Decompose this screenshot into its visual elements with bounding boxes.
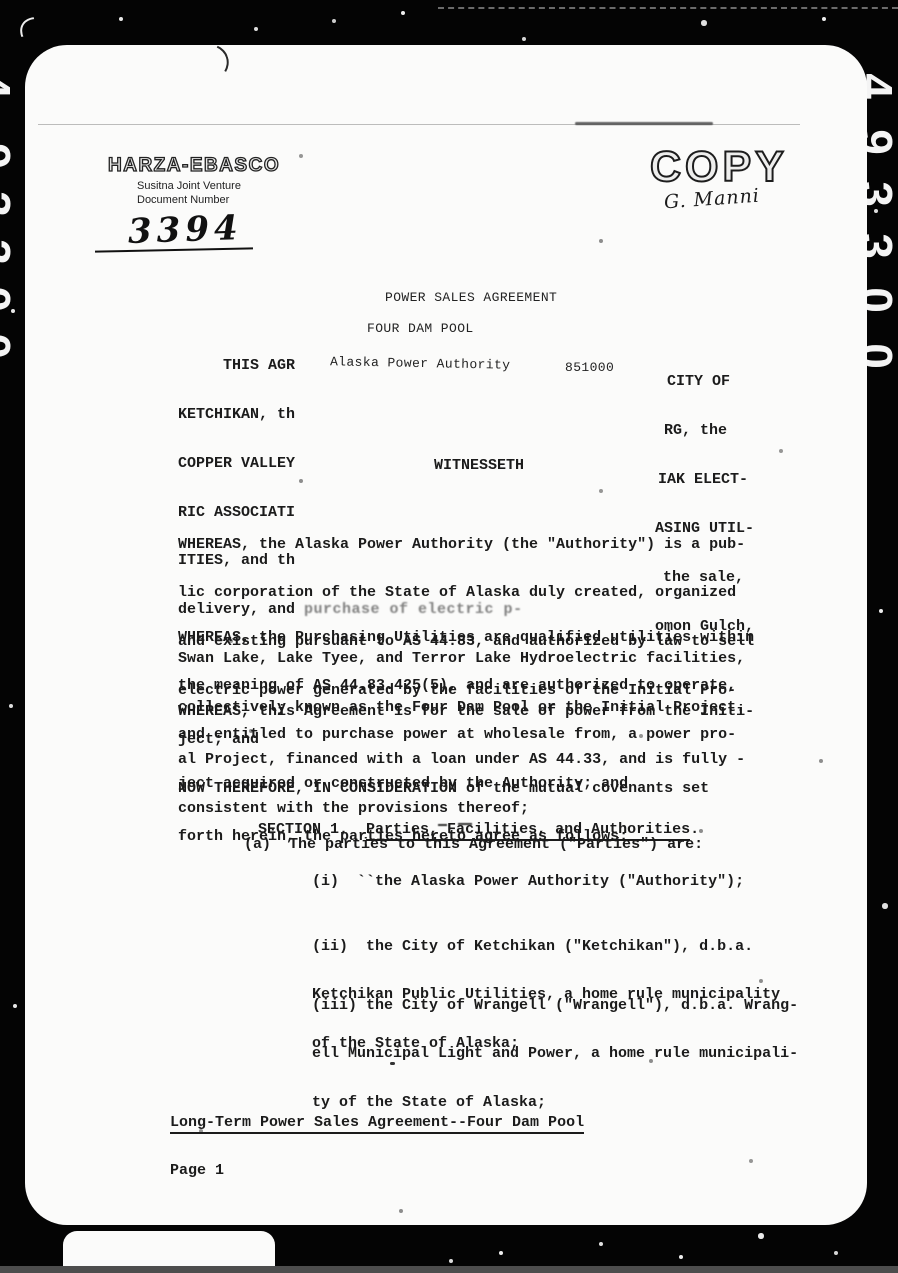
scan-scratch-line [438, 7, 898, 9]
page-noise-specks [0, 0, 2, 2]
witnesseth-heading: WITNESSETH [434, 458, 524, 474]
text-line: (iii) the City of Wrangell ("Wrangell"),… [312, 998, 798, 1014]
text-line: WHEREAS, this Agreement is for the sale … [178, 704, 754, 720]
film-edge-digit-partial: 3 [0, 230, 18, 274]
clause-a: (a) The parties to this Agreement ("Part… [244, 837, 703, 853]
clause-i: (i) ``the Alaska Power Authority ("Autho… [312, 874, 744, 890]
text-line: WHEREAS, the Alaska Power Authority (the… [178, 537, 754, 553]
scanner-bottom-strip [0, 1266, 898, 1273]
text-line: (ii) the City of Ketchikan ("Ketchikan")… [312, 939, 780, 955]
copy-stamp: COPY [650, 143, 788, 192]
letterhead-subtitle: Susitna Joint Venture [137, 180, 241, 192]
page-footer: Long-Term Power Sales Agreement--Four Da… [170, 1082, 584, 1196]
letterhead-logo: HARZA-EBASCO [108, 155, 280, 177]
text-line: WHEREAS, the Purchasing Utilities are qu… [178, 630, 754, 646]
scan-smudge-dark [575, 122, 713, 125]
text-line: KETCHIKAN, th RG, the [0, 390, 898, 406]
film-edge-digit-partial: 3 [0, 182, 18, 226]
scanned-document-screenshot: { "film_edge": { "right_digits": ["4", "… [0, 0, 898, 1273]
film-edge-digit-partial: 9 [0, 134, 18, 178]
film-edge-digit-partial: 4 [0, 64, 18, 108]
line-left-fragment: KETCHIKAN, th [178, 407, 295, 423]
line-left-fragment: THIS AGR [178, 358, 295, 374]
footer-title: Long-Term Power Sales Agreement--Four Da… [170, 1115, 584, 1131]
line-right-fragment: RG, the [664, 423, 727, 439]
text-line: RIC ASSOCIATI ASING UTIL- [0, 488, 898, 504]
text-line: NOW THEREFORE, IN CONSIDERATION of the m… [178, 781, 709, 797]
section-1-heading: SECTION 1. Parties, Facilities, and Auth… [240, 806, 699, 839]
text-line: ell Municipal Light and Power, a home ru… [312, 1046, 798, 1062]
line-right-fragment: IAK ELECT- [658, 472, 748, 488]
line-left-fragment: COPPER VALLEY [178, 456, 295, 472]
footer-page-number: Page 1 [170, 1163, 584, 1179]
text-line: THIS AGR CITY OF [0, 342, 898, 358]
line-right-fragment: CITY OF [667, 374, 730, 390]
text-line: COPPER VALLEY IAK ELECT- [0, 439, 898, 455]
handwritten-document-number: 3394 [127, 208, 243, 252]
stamp-document-title: POWER SALES AGREEMENT [385, 290, 557, 305]
letterhead-label: Document Number [137, 194, 229, 206]
